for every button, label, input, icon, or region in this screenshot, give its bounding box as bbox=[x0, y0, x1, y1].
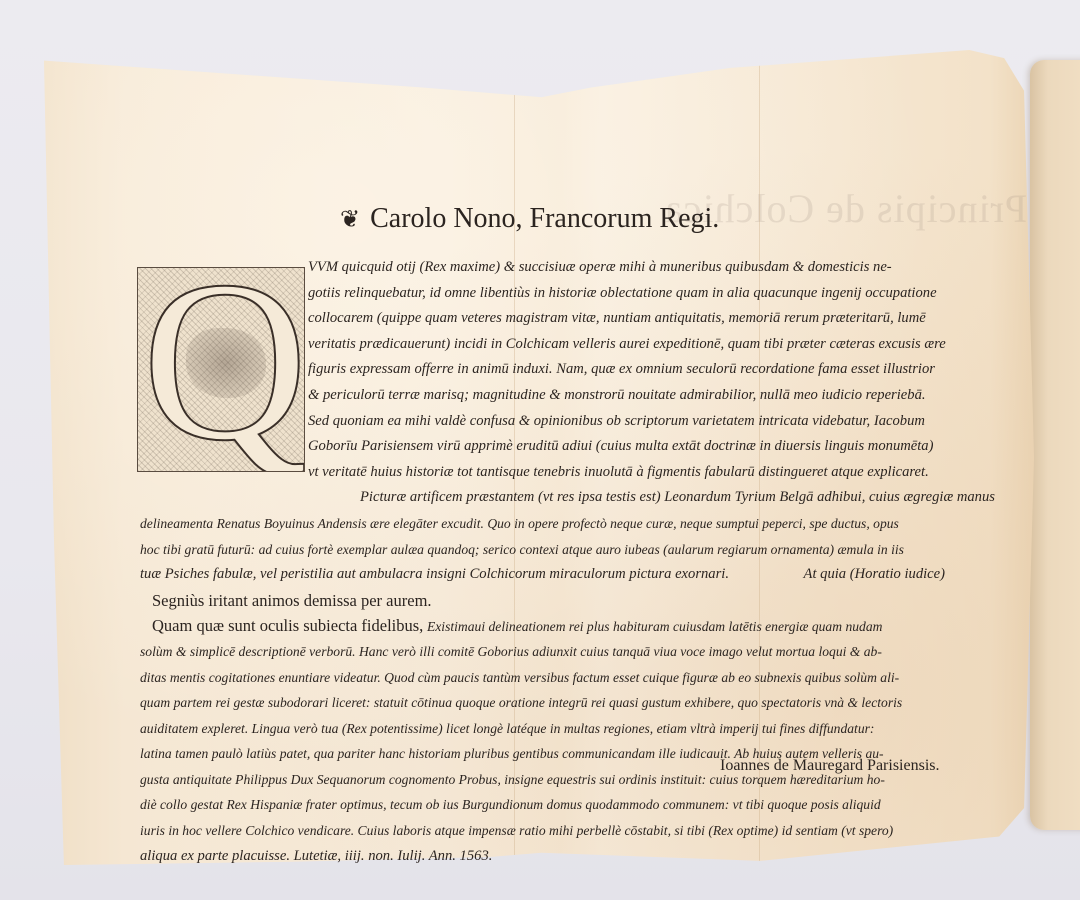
text-line: tuæ Psiches fabulæ, vel peristilia aut a… bbox=[140, 562, 945, 588]
text-line: solùm & simplicē descriptionē verborū. H… bbox=[140, 639, 945, 665]
text-line: & periculorū terræ marisq; magnitudine &… bbox=[140, 383, 945, 409]
text-line: auiditatem expleret. Lingua verò tua (Re… bbox=[140, 716, 945, 742]
text-line: collocarem (quippe quam veteres magistra… bbox=[140, 306, 945, 332]
signature: Ioannes de Mauregard Parisiensis. bbox=[720, 757, 940, 775]
text-line: veritatis prædicauerunt) incidi in Colch… bbox=[140, 332, 945, 358]
text-line: figuris expressam offerre in animū indux… bbox=[140, 357, 945, 383]
page-title: ❦ Carolo Nono, Francorum Regi. bbox=[340, 203, 719, 235]
text-line: vt veritatē huius historiæ tot tantisque… bbox=[140, 460, 945, 486]
next-page-edge bbox=[1030, 60, 1080, 830]
text-line: iuris in hoc vellere Colchico vendicare.… bbox=[140, 818, 945, 844]
text-line: Goborīu Parisiensem virū apprimè eruditū… bbox=[140, 434, 945, 460]
horace-quote-line-2: Quam quæ sunt oculis subiecta fidelibus, bbox=[152, 616, 423, 635]
text-line: diè collo gestat Rex Hispaniæ frater opt… bbox=[140, 792, 945, 818]
text-line: quam partem rei gestæ subodorari liceret… bbox=[140, 690, 945, 716]
text-line: Sed quoniam ea mihi valdè confusa & opin… bbox=[140, 409, 945, 435]
dedication-heading: Carolo Nono, Francorum Regi. bbox=[370, 203, 719, 235]
text-line: delineamenta Renatus Boyuinus Andensis æ… bbox=[140, 511, 945, 537]
text-line: Picturæ artificem præstantem (vt res ips… bbox=[140, 485, 945, 511]
fleuron-icon: ❦ bbox=[340, 205, 360, 234]
text-segment: Existimaui delineationem rei plus habitu… bbox=[427, 619, 882, 634]
text-line: gotiis relinquebatur, id omne libentiùs … bbox=[140, 281, 945, 307]
text-segment: tuæ Psiches fabulæ, vel peristilia aut a… bbox=[140, 566, 729, 582]
horace-quote-line: Segniùs iritant animos demissa per aurem… bbox=[140, 588, 945, 614]
dateline: aliqua ex parte placuisse. Lutetiæ, iiij… bbox=[140, 844, 945, 870]
text-line: Quam quæ sunt oculis subiecta fidelibus,… bbox=[140, 613, 945, 639]
text-line: VVM quicquid otij (Rex maxime) & succisi… bbox=[140, 255, 945, 281]
dedication-body: VVM quicquid otij (Rex maxime) & succisi… bbox=[140, 255, 945, 869]
text-line: hoc tibi gratū futurū: ad cuius fortè ex… bbox=[140, 537, 945, 563]
horace-reference: At quia (Horatio iudice) bbox=[804, 562, 945, 588]
text-line: ditas mentis cogitationes enuntiare vide… bbox=[140, 665, 945, 691]
bleed-through-text: Hystoria Iasonis Thessaliæ Principis de … bbox=[664, 185, 1080, 232]
